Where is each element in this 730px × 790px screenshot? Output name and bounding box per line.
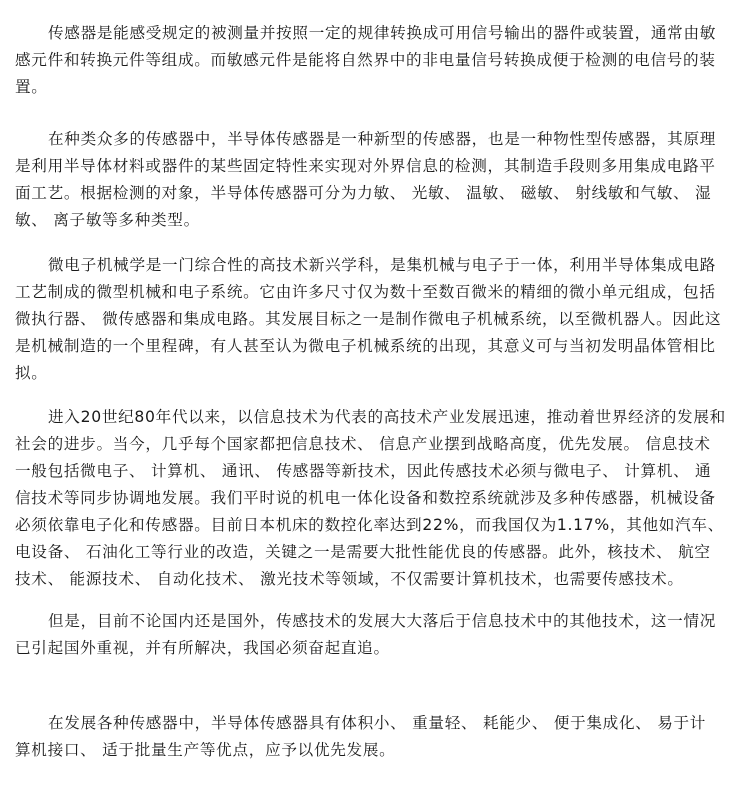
text-line: 算机接口、 适于批量生产等优点，应予以优先发展。 bbox=[15, 737, 715, 764]
paragraph-5: 但是，目前不论国内还是国外，传感技术的发展大大落后于信息技术中的其他技术，这一情… bbox=[15, 608, 715, 662]
paragraph-2: 在种类众多的传感器中，半导体传感器是一种新型的传感器，也是一种物性型传感器，其原… bbox=[15, 126, 715, 234]
text-line: 面工艺。根据检测的对象，半导体传感器可分为力敏、 光敏、 温敏、 磁敏、 射线敏… bbox=[15, 180, 715, 207]
paragraph-4: 进入20世纪80年代以来，以信息技术为代表的高技术产业发展迅速，推动着世界经济的… bbox=[15, 404, 715, 593]
text-line: 是利用半导体材料或器件的某些固定特性来实现对外界信息的检测，其制造手段则多用集成… bbox=[15, 153, 715, 180]
paragraph-3: 微电子机械学是一门综合性的高技术新兴学科，是集机械与电子于一体，利用半导体集成电… bbox=[15, 252, 715, 387]
text-line: 但是，目前不论国内还是国外，传感技术的发展大大落后于信息技术中的其他技术，这一情… bbox=[15, 608, 715, 635]
text-line: 微电子机械学是一门综合性的高技术新兴学科，是集机械与电子于一体，利用半导体集成电… bbox=[15, 252, 715, 279]
text-line: 信技术等同步协调地发展。我们平时说的机电一体化设备和数控系统就涉及多种传感器，机… bbox=[15, 485, 715, 512]
text-line: 必须依靠电子化和传感器。目前日本机床的数控化率达到22%，而我国仅为1.17%，… bbox=[15, 512, 715, 539]
text-line: 是机械制造的一个里程碑，有人甚至认为微电子机械系统的出现，其意义可与当初发明晶体… bbox=[15, 333, 715, 360]
text-line: 社会的进步。当今，几乎每个国家都把信息技术、 信息产业摆到战略高度，优先发展。 … bbox=[15, 431, 715, 458]
text-line: 工艺制成的微型机械和电子系统。它由许多尺寸仅为数十至数百微米的精细的微小单元组成… bbox=[15, 279, 715, 306]
text-line: 微执行器、 微传感器和集成电路。其发展目标之一是制作微电子机械系统，以至微机器人… bbox=[15, 306, 715, 333]
text-line: 在种类众多的传感器中，半导体传感器是一种新型的传感器，也是一种物性型传感器，其原… bbox=[15, 126, 715, 153]
text-line: 传感器是能感受规定的被测量并按照一定的规律转换成可用信号输出的器件或装置，通常由… bbox=[15, 20, 715, 47]
text-line: 敏、 离子敏等多种类型。 bbox=[15, 207, 715, 234]
text-line: 已引起国外重视，并有所解决，我国必须奋起直追。 bbox=[15, 635, 715, 662]
text-line: 进入20世纪80年代以来，以信息技术为代表的高技术产业发展迅速，推动着世界经济的… bbox=[15, 404, 715, 431]
text-line: 在发展各种传感器中，半导体传感器具有体积小、 重量轻、 耗能少、 便于集成化、 … bbox=[15, 710, 715, 737]
text-line: 一般包括微电子、 计算机、 通讯、 传感器等新技术，因此传感技术必须与微电子、 … bbox=[15, 458, 715, 485]
text-line: 技术、 能源技术、 自动化技术、 激光技术等领域，不仅需要计算机技术，也需要传感… bbox=[15, 566, 715, 593]
text-line: 拟。 bbox=[15, 360, 715, 387]
text-line: 感元件和转换元件等组成。而敏感元件是能将自然界中的非电量信号转换成便于检测的电信… bbox=[15, 47, 715, 74]
paragraph-1: 传感器是能感受规定的被测量并按照一定的规律转换成可用信号输出的器件或装置，通常由… bbox=[15, 20, 715, 101]
paragraph-6: 在发展各种传感器中，半导体传感器具有体积小、 重量轻、 耗能少、 便于集成化、 … bbox=[15, 710, 715, 764]
text-line: 电设备、 石油化工等行业的改造，关键之一是需要大批性能优良的传感器。此外，核技术… bbox=[15, 539, 715, 566]
text-line: 置。 bbox=[15, 74, 715, 101]
